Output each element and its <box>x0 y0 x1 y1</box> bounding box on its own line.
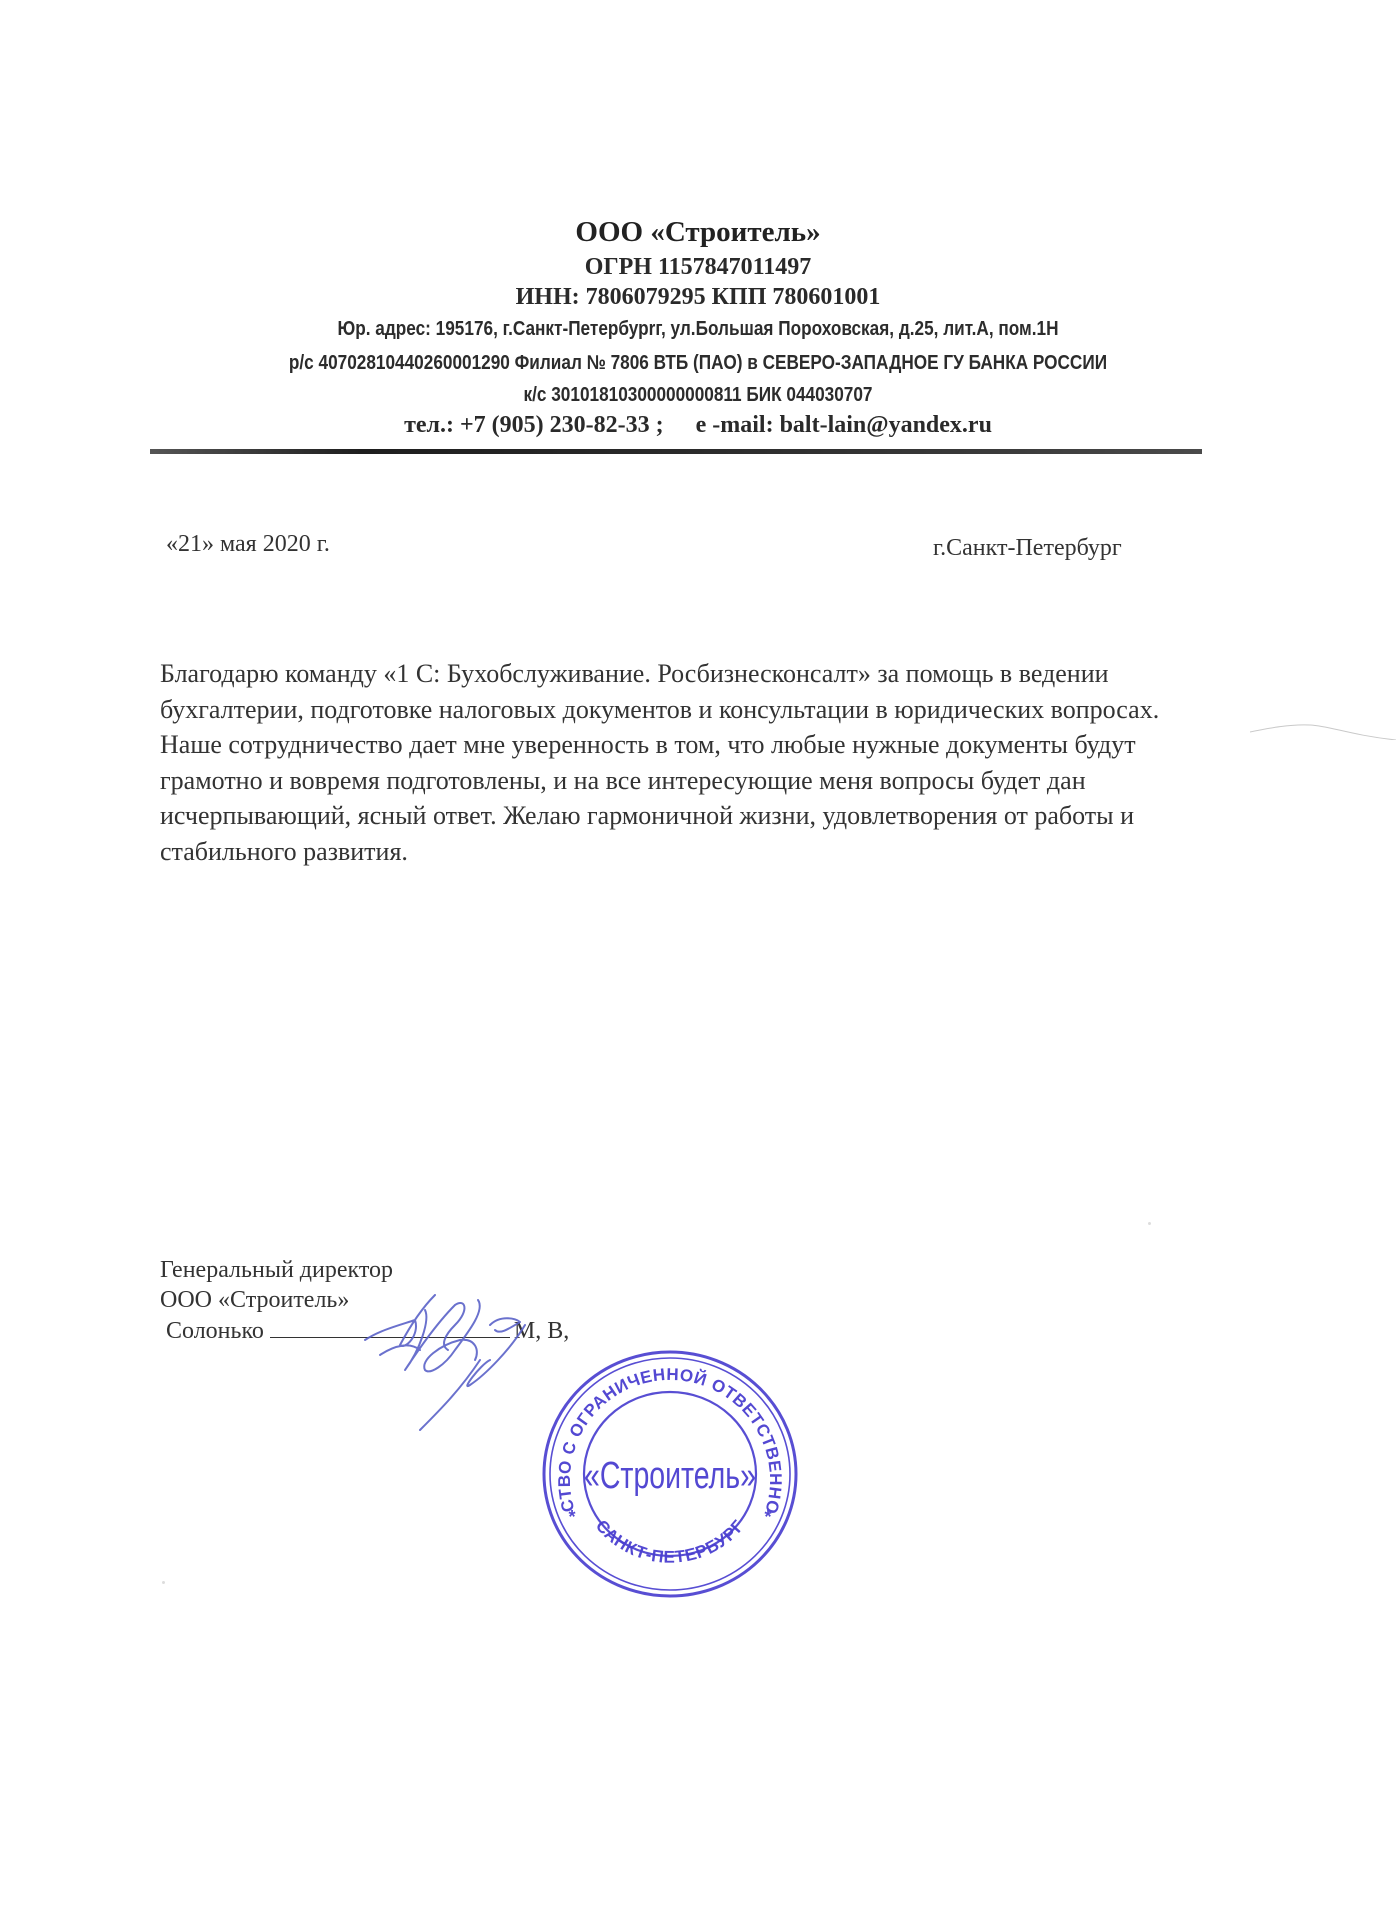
signer-position: Генеральный директор <box>160 1255 569 1285</box>
contact-line: тел.: +7 (905) 230-82-33 ;e -mail: balt-… <box>0 412 1396 439</box>
scan-artifact <box>1250 710 1396 740</box>
bank-account: р/с 40702810440260001290 Филиал № 7806 В… <box>98 352 1299 375</box>
body-line: бухгалтерии, подготовке налоговых докуме… <box>160 692 1210 728</box>
signer-surname: Солонько <box>166 1318 264 1344</box>
stamp-bottom-text: САНКТ-ПЕТЕРБУРГ <box>592 1516 748 1566</box>
body-line: стабильного развития. <box>160 834 1210 870</box>
scan-speck <box>1148 1222 1151 1225</box>
legal-address: Юр. адрес: 195176, г.Санкт-Петербурrг, у… <box>98 318 1299 341</box>
handwritten-signature <box>360 1290 560 1440</box>
body-line: Наше сотрудничество дает мне уверенность… <box>160 727 1210 763</box>
body-line: исчерпывающий, ясный ответ. Желаю гармон… <box>160 798 1210 834</box>
company-stamp: ОБЩЕСТВО С ОГРАНИЧЕННОЙ ОТВЕТСТВЕННОСТЬЮ… <box>540 1348 800 1600</box>
company-inn-kpp: ИНН: 7806079295 КПП 780601001 <box>0 284 1396 311</box>
scan-speck <box>162 1581 165 1584</box>
letter-body: Благодарю команду «1 С: Бухобслуживание.… <box>160 656 1210 869</box>
stamp-star-left: * <box>568 1507 575 1527</box>
corr-account-bik: к/с 30101810300000000811 БИК 044030707 <box>98 384 1299 407</box>
letterhead-divider <box>150 449 1202 454</box>
body-line: грамотно и вовремя подготовлены, и на вс… <box>160 763 1210 799</box>
letter-city: г.Санкт-Петербург <box>933 535 1122 562</box>
stamp-star-right: * <box>764 1507 771 1527</box>
body-line: Благодарю команду «1 С: Бухобслуживание.… <box>160 656 1210 692</box>
svg-text:САНКТ-ПЕТЕРБУРГ: САНКТ-ПЕТЕРБУРГ <box>592 1516 748 1566</box>
letter-date: «21» мая 2020 г. <box>166 531 330 558</box>
phone: тел.: +7 (905) 230-82-33 ; <box>404 412 664 438</box>
stamp-center-text: «Строитель» <box>584 1455 756 1497</box>
company-ogrn: ОГРН 1157847011497 <box>0 254 1396 281</box>
company-name: ООО «Строитель» <box>0 216 1396 249</box>
email: e -mail: balt-lain@yandex.ru <box>696 412 992 438</box>
